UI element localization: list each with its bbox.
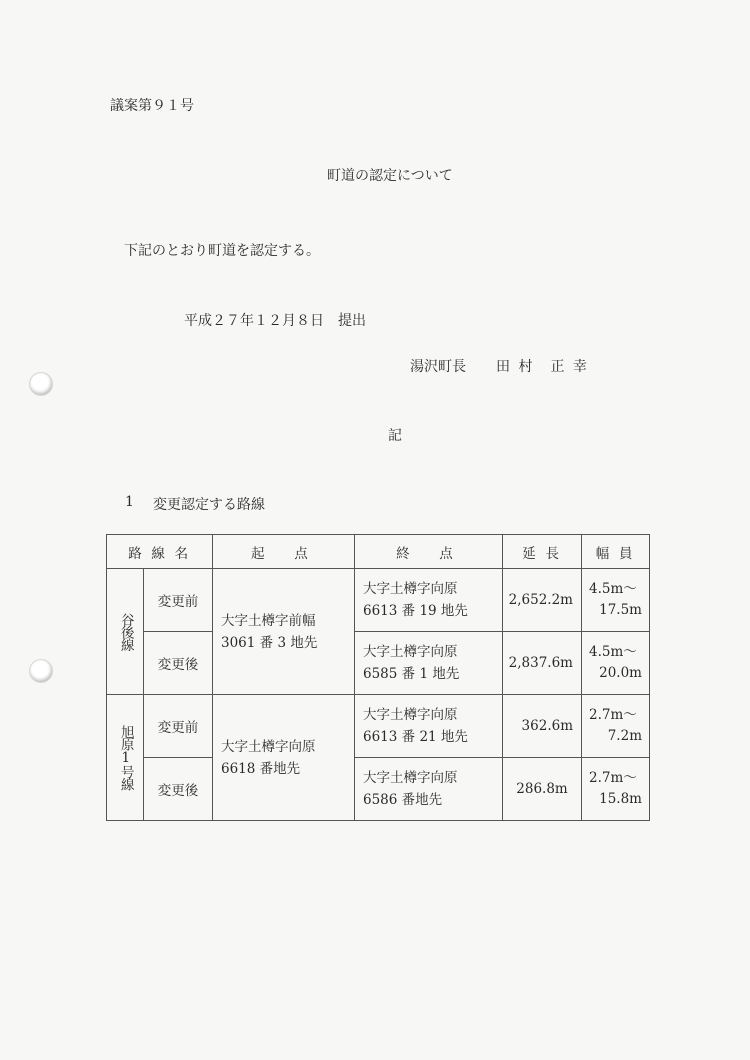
start-point-line2: 6618 番地先	[221, 758, 354, 780]
start-point-cell: 大字土樽字向原6618 番地先	[213, 695, 355, 821]
submission-date: 平成２７年１２月８日 提出	[184, 310, 366, 330]
end-point-line1: 大字土樽字向原	[363, 641, 502, 663]
route-name-cell: 谷後線	[107, 569, 144, 695]
ki-heading: 記	[388, 425, 402, 445]
width-cell: 4.5m～20.0m	[582, 632, 650, 695]
route-name-cell: 旭原1号線	[107, 695, 144, 821]
header-end-point: 終 点	[355, 535, 503, 569]
route-name: 旭原1号線	[118, 725, 132, 790]
table-row: 旭原1号線 変更前 大字土樽字向原6618 番地先 大字土樽字向原6613 番 …	[107, 695, 650, 758]
submitter-name: 田 村 正 幸	[496, 356, 589, 376]
intro-text: 下記のとおり町道を認定する。	[124, 240, 320, 260]
end-point-line1: 大字土樽字向原	[363, 704, 502, 726]
width-from: 2.7m～	[589, 705, 642, 726]
width-to: 7.2m	[589, 726, 642, 747]
width-to: 20.0m	[589, 663, 642, 684]
table-row: 変更後 大字土樽字向原6586 番地先 286.8m 2.7m～15.8m	[107, 758, 650, 821]
status-label: 変更後	[144, 632, 213, 695]
width-from: 4.5m～	[589, 579, 642, 600]
width-cell: 2.7m～7.2m	[582, 695, 650, 758]
length-value: 2,837.6m	[503, 632, 582, 695]
end-point-cell: 大字土樽字向原6613 番 21 地先	[355, 695, 503, 758]
end-point-cell: 大字土樽字向原6613 番 19 地先	[355, 569, 503, 632]
status-label: 変更後	[144, 758, 213, 821]
submitter-title: 湯沢町長	[410, 356, 466, 376]
width-cell: 4.5m～17.5m	[582, 569, 650, 632]
end-point-line2: 6613 番 21 地先	[363, 726, 502, 748]
width-cell: 2.7m～15.8m	[582, 758, 650, 821]
section-number: 1	[125, 494, 134, 510]
table-header-row: 路 線 名 起 点 終 点 延 長 幅 員	[107, 535, 650, 569]
table-row: 谷後線 変更前 大字土樽字前幅3061 番 3 地先 大字土樽字向原6613 番…	[107, 569, 650, 632]
punch-hole-top	[30, 373, 52, 395]
width-to: 15.8m	[589, 789, 642, 810]
end-point-cell: 大字土樽字向原6586 番地先	[355, 758, 503, 821]
end-point-line1: 大字土樽字向原	[363, 767, 502, 789]
section-title: 変更認定する路線	[153, 494, 265, 514]
width-to: 17.5m	[589, 600, 642, 621]
table-row: 変更後 大字土樽字向原6585 番 1 地先 2,837.6m 4.5m～20.…	[107, 632, 650, 695]
start-point-line1: 大字土樽字向原	[221, 736, 354, 758]
end-point-line1: 大字土樽字向原	[363, 578, 502, 600]
header-route-name: 路 線 名	[107, 535, 213, 569]
start-point-line1: 大字土樽字前幅	[221, 610, 354, 632]
page-title: 町道の認定について	[327, 165, 453, 185]
end-point-line2: 6586 番地先	[363, 789, 502, 811]
header-start-point: 起 点	[213, 535, 355, 569]
end-point-line2: 6613 番 19 地先	[363, 600, 502, 622]
status-label: 変更前	[144, 569, 213, 632]
end-point-line2: 6585 番 1 地先	[363, 663, 502, 685]
width-from: 4.5m～	[589, 642, 642, 663]
header-length: 延 長	[503, 535, 582, 569]
route-table: 路 線 名 起 点 終 点 延 長 幅 員 谷後線 変更前 大字土樽字前幅306…	[106, 534, 650, 821]
header-width: 幅 員	[582, 535, 650, 569]
start-point-line2: 3061 番 3 地先	[221, 632, 354, 654]
status-label: 変更前	[144, 695, 213, 758]
length-value: 2,652.2m	[503, 569, 582, 632]
route-name: 谷後線	[118, 613, 132, 651]
bill-number: 議案第９１号	[110, 95, 194, 115]
start-point-cell: 大字土樽字前幅3061 番 3 地先	[213, 569, 355, 695]
end-point-cell: 大字土樽字向原6585 番 1 地先	[355, 632, 503, 695]
length-value: 286.8m	[503, 758, 582, 821]
punch-hole-bottom	[30, 660, 52, 682]
length-value: 362.6m	[503, 695, 582, 758]
width-from: 2.7m～	[589, 768, 642, 789]
